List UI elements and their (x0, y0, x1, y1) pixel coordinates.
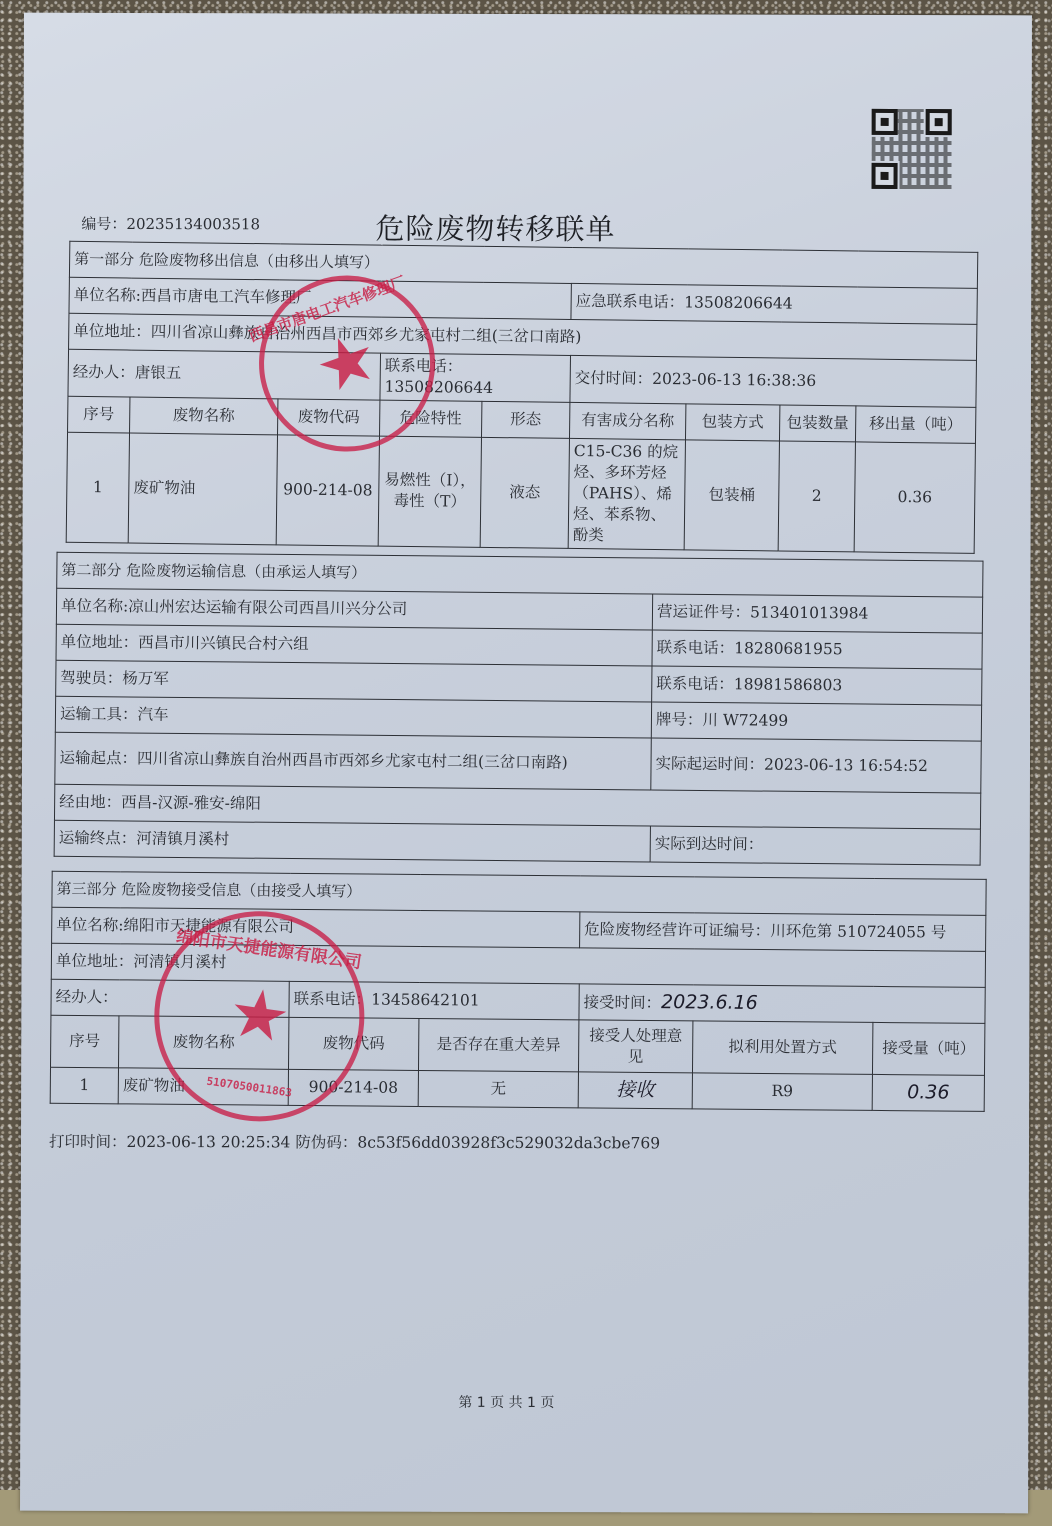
document-title: 危险废物转移联单 (375, 207, 615, 249)
col-header: 拟利用处置方式 (692, 1021, 872, 1075)
part2-depart-time: 实际起运时间：2023-06-13 16:54:52 (651, 738, 981, 793)
col-header: 危险特性 (380, 400, 482, 437)
part1-emergency-phone: 应急联系电话：13508206644 (571, 283, 977, 324)
col-header: 序号 (51, 1015, 119, 1068)
serial-number: 编号：20235134003518 (81, 213, 260, 234)
part2-arrival-time: 实际到达时间： (650, 826, 980, 865)
part3-phone: 联系电话：13458642101 (289, 981, 579, 1020)
col-header: 废物代码 (288, 1017, 418, 1070)
part3-license: 危险废物经营许可证编号：川环危第 510724055 号 (580, 912, 986, 952)
col-header: 接受量（吨） (872, 1022, 985, 1075)
anti-fake-code: 8c53f56dd03928f3c529032da3cbe769 (357, 1134, 660, 1153)
part2-plate: 牌号：川 W72499 (651, 702, 981, 741)
page-indicator: 第 1 页 共 1 页 (458, 1392, 554, 1412)
part3-handler: 经办人： (51, 979, 289, 1017)
cell-no: 1 (50, 1067, 118, 1104)
col-header: 有害成分名称 (569, 402, 685, 439)
part3-unit-name: 单位名称:绵阳市天捷能源有限公司 (52, 907, 580, 948)
part2-unit-name: 单位名称:凉山州宏达运输有限公司西昌川兴分公司 (56, 588, 652, 630)
col-header: 移出量（吨） (855, 406, 975, 443)
col-header: 废物名称 (118, 1016, 288, 1069)
cell-components: C15-C36 的烷烃、多环芳烃（PAHS）、烯烃、苯系物、酚类 (568, 438, 685, 549)
qr-finder-icon (926, 109, 952, 135)
col-header: 包装方式 (685, 404, 779, 441)
col-header: 是否存在重大差异 (418, 1018, 578, 1071)
part3-receive-time: 接受时间：2023.6.16 (579, 984, 985, 1024)
part2-table: 第二部分 危险废物运输信息（由承运人填写） 单位名称:凉山州宏达运输有限公司西昌… (54, 552, 984, 866)
cell-waste-code: 900-214-08 (288, 1069, 418, 1106)
col-header: 序号 (68, 396, 130, 433)
part2-destination: 运输终点：河清镇月溪村 (54, 820, 650, 862)
col-header: 包装数量 (779, 405, 855, 442)
col-header: 形态 (481, 401, 569, 438)
col-header: 废物代码 (278, 399, 380, 436)
col-header: 接受人处理意见 (578, 1020, 692, 1073)
cell-hazard: 易燃性（I），毒性（T） (378, 436, 481, 547)
cell-waste-code: 900-214-08 (276, 435, 379, 546)
part1-delivery-time: 交付时间：2023-06-13 16:38:36 (570, 355, 977, 407)
transfer-manifest-paper: 编号：20235134003518 危险废物转移联单 第一部分 危险废物移出信息… (20, 13, 1032, 1514)
cell-form: 液态 (480, 437, 569, 548)
part2-driver: 驾驶员：杨万军 (56, 660, 652, 702)
table-row: 1 废矿物油 900-214-08 易燃性（I），毒性（T） 液态 C15-C3… (66, 432, 975, 553)
cell-packaging: 包装桶 (684, 440, 779, 551)
cell-disposal: R9 (692, 1073, 872, 1111)
cell-amount: 0.36 (854, 442, 975, 553)
serial-label: 编号： (81, 215, 126, 233)
part3-table: 第三部分 危险废物接受信息（由接受人填写） 单位名称:绵阳市天捷能源有限公司 危… (50, 871, 987, 1112)
cell-package-count: 2 (778, 441, 855, 552)
part1-unit-name: 单位名称:西昌市唐电工汽车修理厂 (69, 277, 571, 319)
part1-table: 第一部分 危险废物移出信息（由移出人填写） 单位名称:西昌市唐电工汽车修理厂 应… (66, 241, 979, 554)
cell-discrepancy: 无 (418, 1070, 578, 1107)
part1-phone: 联系电话：13508206644 (380, 353, 571, 402)
cell-opinion-handwritten: 接收 (578, 1072, 692, 1109)
print-info: 打印时间：2023-06-13 20:25:34 防伪码：8c53f56dd03… (49, 1130, 660, 1154)
part2-permit: 营运证件号：513401013984 (652, 594, 982, 633)
qr-finder-icon (872, 163, 898, 189)
part2-phone2: 联系电话：18981586803 (652, 666, 982, 705)
serial-value: 20235134003518 (126, 215, 260, 233)
cell-amount-handwritten: 0.36 (872, 1074, 984, 1111)
cell-waste-name: 废矿物油 (128, 433, 277, 545)
cell-waste-name: 废矿物油 (118, 1068, 288, 1105)
col-header: 废物名称 (130, 397, 278, 435)
qr-code-icon (872, 109, 952, 189)
part2-origin: 运输起点：四川省凉山彝族自治州西昌市西郊乡尤家屯村二组(三岔口南路) (55, 732, 651, 790)
part2-address: 单位地址：西昌市川兴镇民合村六组 (56, 624, 652, 666)
part2-phone1: 联系电话：18280681955 (652, 630, 982, 669)
handwritten-date: 2023.6.16 (661, 991, 758, 1014)
part2-vehicle: 运输工具：汽车 (55, 696, 651, 738)
print-time: 2023-06-13 20:25:34 (126, 1133, 290, 1151)
qr-finder-icon (872, 109, 898, 135)
part1-handler: 经办人：唐银五 (68, 349, 381, 400)
cell-no: 1 (66, 432, 129, 543)
table-row: 1 废矿物油 900-214-08 无 接收 R9 0.36 (50, 1067, 984, 1111)
